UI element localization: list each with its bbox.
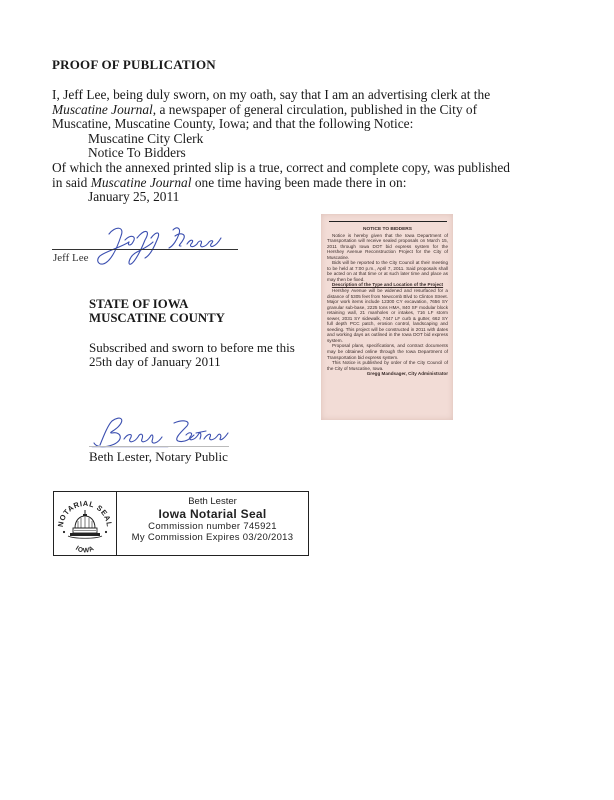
seal-emblem: NOTARIAL SEAL IOWA — [54, 492, 117, 555]
clipping-paragraph: Notice is hereby given that the Iowa Dep… — [327, 233, 448, 261]
svg-text:IOWA: IOWA — [74, 545, 96, 555]
notary-name-title: Beth Lester, Notary Public — [89, 449, 228, 465]
seal-commission-expiry: My Commission Expires 03/20/2013 — [117, 532, 308, 543]
clipping-rule — [329, 221, 447, 222]
venue-state: STATE OF IOWA — [89, 297, 225, 311]
seal-title: Iowa Notarial Seal — [117, 507, 308, 521]
affidavit-line: in said Muscatine Journal one time havin… — [52, 176, 572, 191]
newspaper-clipping: NOTICE TO BIDDERS Notice is hereby given… — [321, 214, 453, 420]
clipping-signer: Gregg Mandsager, City Administrator — [327, 371, 448, 377]
clipping-paragraph: Hershey Avenue will be widened and resur… — [327, 288, 448, 343]
affidavit-line: Of which the annexed printed slip is a t… — [52, 161, 572, 176]
document-title: PROOF OF PUBLICATION — [52, 57, 216, 73]
affiant-signature-icon — [95, 222, 225, 268]
affidavit-line: Muscatine, Muscatine County, Iowa; and t… — [52, 117, 572, 132]
notarial-seal-stamp: NOTARIAL SEAL IOWA Beth Lester Iowa Nota… — [53, 491, 309, 556]
publication-date: January 25, 2011 — [52, 190, 572, 205]
affiant-signature-line — [52, 249, 238, 250]
jurat-line: Subscribed and sworn to before me this — [89, 341, 295, 355]
jurat-date: 25th day of January 2011 — [89, 355, 295, 369]
clipping-paragraph: Proposal plans, specifications, and cont… — [327, 343, 448, 360]
seal-holder-name: Beth Lester — [117, 496, 308, 507]
venue-county: MUSCATINE COUNTY — [89, 311, 225, 325]
affidavit-line: Muscatine Journal, a newspaper of genera… — [52, 103, 572, 118]
notary-signature-line — [89, 446, 229, 447]
jurat-block: Subscribed and sworn to before me this 2… — [89, 341, 295, 370]
seal-emblem-bottom-text: IOWA — [74, 545, 96, 555]
clipping-text: NOTICE TO BIDDERS Notice is hereby given… — [327, 227, 448, 377]
seal-commission-number: Commission number 745921 — [117, 521, 308, 532]
clipping-paragraph: This Notice is published by order of the… — [327, 360, 448, 371]
notice-name: Notice To Bidders — [52, 146, 572, 161]
affidavit-line: I, Jeff Lee, being duly sworn, on my oat… — [52, 88, 572, 103]
venue-block: STATE OF IOWA MUSCATINE COUNTY — [89, 297, 225, 325]
seal-info: Beth Lester Iowa Notarial Seal Commissio… — [117, 492, 308, 555]
notice-party: Muscatine City Clerk — [52, 132, 572, 147]
capitol-dome-icon: NOTARIAL SEAL IOWA — [54, 492, 116, 555]
newspaper-name: Muscatine Journal — [52, 102, 153, 117]
affiant-name: Jeff Lee — [53, 252, 89, 264]
affidavit-paragraph: I, Jeff Lee, being duly sworn, on my oat… — [52, 88, 572, 205]
newspaper-name: Muscatine Journal — [91, 175, 192, 190]
clipping-paragraph: Bids will be reported to the City Counci… — [327, 260, 448, 282]
